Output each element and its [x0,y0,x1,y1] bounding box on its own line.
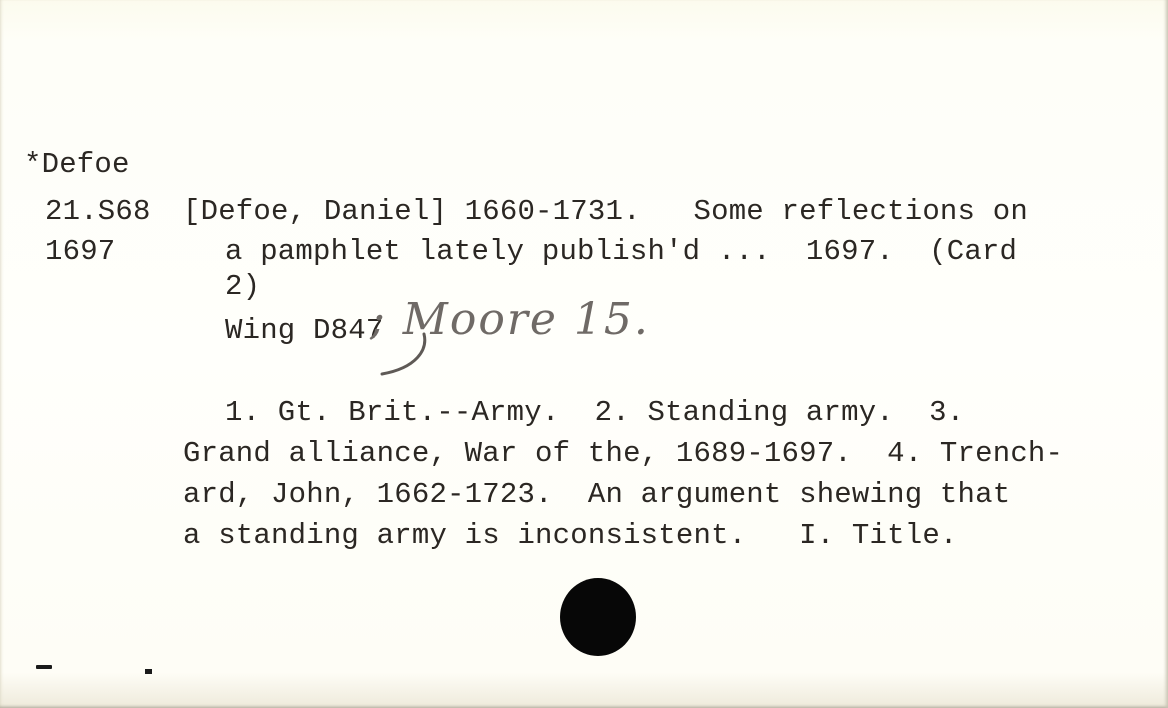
call-number-line-2: 1697 [45,237,115,266]
punch-hole [560,578,636,656]
ink-mark [145,669,152,674]
subject-line-2: Grand alliance, War of the, 1689-1697. 4… [183,439,1063,468]
subject-line-3: ard, John, 1662-1723. An argument shewin… [183,480,1010,509]
wing-reference: Wing D847 [225,316,383,345]
call-number-line-1: 21.S68 [45,197,151,226]
main-entry-line-1: [Defoe, Daniel] 1660-1731. Some reflecti… [183,197,1028,226]
subject-line-1: 1. Gt. Brit.--Army. 2. Standing army. 3. [225,398,964,427]
main-entry-line-2: a pamphlet lately publish'd ... 1697. (C… [225,237,1017,266]
main-entry-line-3: 2) [225,272,260,301]
catalog-card: *Defoe 21.S68 1697 [Defoe, Daniel] 1660-… [0,0,1168,708]
handwriting-flourish [376,330,436,380]
subject-line-4: a standing army is inconsistent. I. Titl… [183,521,958,550]
heading: *Defoe [24,150,130,179]
ink-mark [36,665,52,669]
